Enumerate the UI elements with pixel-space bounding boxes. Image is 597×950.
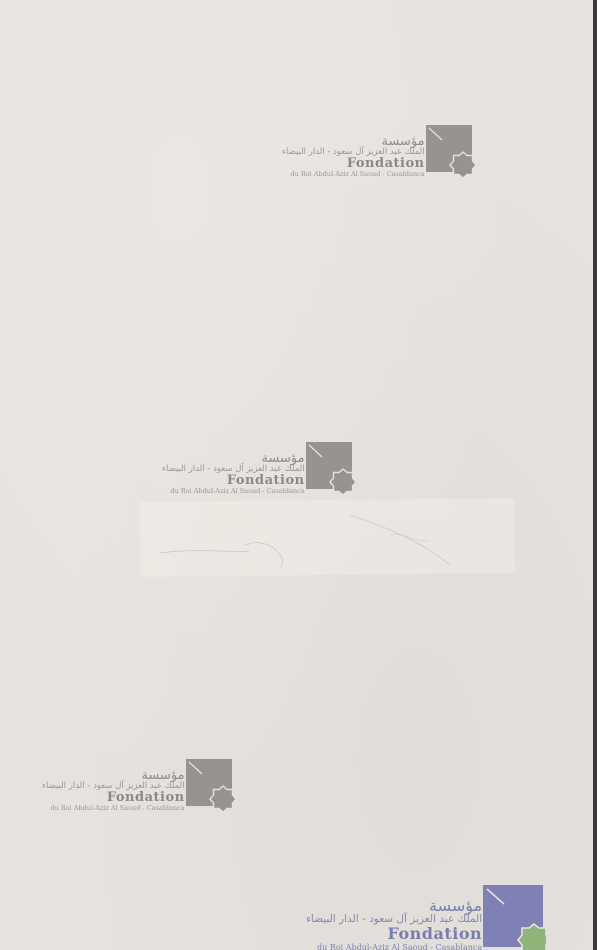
logo-title: Fondation: [227, 474, 305, 488]
logo-title: Fondation: [388, 926, 483, 943]
foundation-mark-color-icon: [482, 872, 546, 950]
arabic-title: مؤسسة: [381, 135, 424, 148]
arabic-title: مؤسسة: [261, 452, 304, 465]
scan-edge-strip: [593, 0, 597, 950]
foundation-logo-3: مؤسسة الملك عبد العزيز آل سعود - الدار ا…: [42, 758, 237, 812]
foundation-logo-1: مؤسسة الملك عبد العزيز آل سعود - الدار ا…: [282, 124, 477, 178]
faint-pencil-scribble: [150, 505, 510, 575]
foundation-mark-icon: [185, 758, 237, 812]
logo-subtitle: du Roi Abdul-Aziz Al Saoud - Casablanca: [317, 943, 482, 950]
logo-title: Fondation: [107, 791, 185, 805]
logo-title: Fondation: [347, 157, 425, 171]
foundation-mark-icon: [425, 124, 477, 178]
logo-text: مؤسسة الملك عبد العزيز آل سعود - الدار ا…: [306, 898, 482, 950]
foundation-mark-icon: [305, 441, 357, 495]
arabic-title: مؤسسة: [141, 769, 184, 782]
foundation-logo-color: مؤسسة الملك عبد العزيز آل سعود - الدار ا…: [306, 872, 546, 950]
logo-subtitle: du Roi Abdul-Aziz Al Saoud - Casablanca: [50, 805, 184, 812]
logo-text: مؤسسة الملك عبد العزيز آل سعود - الدار ا…: [282, 135, 425, 178]
foundation-logo-2: مؤسسة الملك عبد العزيز آل سعود - الدار ا…: [162, 441, 357, 495]
logo-subtitle: du Roi Abdul-Aziz Al Saoud - Casablanca: [290, 171, 424, 178]
logo-text: مؤسسة الملك عبد العزيز آل سعود - الدار ا…: [42, 769, 185, 812]
logo-subtitle: du Roi Abdul-Aziz Al Saoud - Casablanca: [170, 488, 304, 495]
logo-text: مؤسسة الملك عبد العزيز آل سعود - الدار ا…: [162, 452, 305, 495]
